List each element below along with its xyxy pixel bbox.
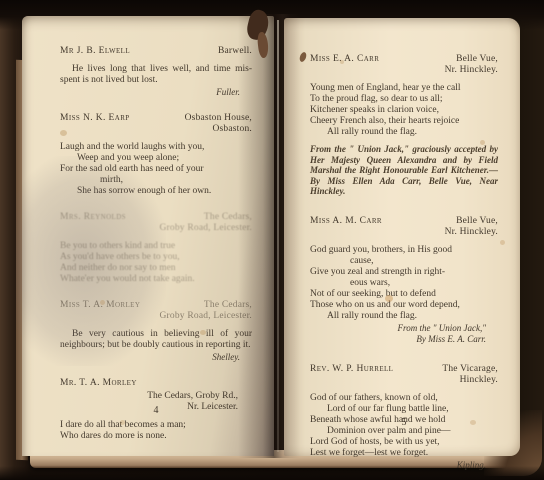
entry-header: Miss N. K. EarpOsbaston House,Osbaston. <box>60 113 252 135</box>
entry-name: Miss T. A. Morley <box>60 300 140 311</box>
verse-line: Lord of our far flung battle line, <box>310 404 498 415</box>
quote-verse: Be you to others kind and trueAs you'd h… <box>60 241 252 285</box>
entry-address: Belle Vue,Nr. Hinckley. <box>445 216 498 238</box>
verse-line: And neither do nor say to men <box>60 263 252 274</box>
verse-line: Laugh and the world laughs with you, <box>60 142 252 153</box>
entry-address: The Cedars,Groby Road, Leicester. <box>159 212 252 234</box>
verse-line: eous wars, <box>310 278 498 289</box>
guestbook-entry: Mr J. B. ElwellBarwell.He lives long tha… <box>60 46 252 98</box>
guestbook-entry: Miss E. A. CarrBelle Vue,Nr. Hinckley.Yo… <box>310 54 498 197</box>
entry-header: Mr. T. A. Morley <box>60 378 252 389</box>
guestbook-entry: Miss T. A. MorleyThe Cedars,Groby Road, … <box>60 300 252 363</box>
photo-bottom-shadow <box>0 466 544 480</box>
left-page: Mr J. B. ElwellBarwell.He lives long tha… <box>22 16 274 456</box>
verse-line: Whate'er you would not take again. <box>60 274 252 285</box>
verse-line: Cheery French also, their hearts rejoice <box>310 116 498 127</box>
entry-name: Miss A. M. Carr <box>310 216 382 227</box>
verse-line: For the sad old earth has need of your <box>60 164 252 175</box>
verse-line: All rally round the flag. <box>310 127 498 138</box>
source-note: From the " Union Jack," graciously accep… <box>310 144 498 197</box>
entry-name: Miss N. K. Earp <box>60 113 130 124</box>
verse-line: She has sorrow enough of her own. <box>60 186 252 197</box>
verse-line: Lord God of hosts, be with us yet, <box>310 437 498 448</box>
entry-address: Belle Vue,Nr. Hinckley. <box>445 54 498 76</box>
verse-line: Who dares do more is none. <box>60 431 252 442</box>
quote-attribution: From the " Union Jack,"By Miss E. A. Car… <box>310 323 498 345</box>
verse-line: mirth, <box>60 175 252 186</box>
entry-address: The Vicarage,Hinckley. <box>442 364 498 386</box>
entry-name: Mrs. Reynolds <box>60 212 126 223</box>
quote-verse: Young men of England, hear ye the callTo… <box>310 83 498 138</box>
verse-line: Lest we forget—lest we forget. <box>310 448 498 459</box>
entry-address: Osbaston House,Osbaston. <box>185 113 252 135</box>
entry-address: Barwell. <box>218 46 252 57</box>
quote-verse: I dare do all that becomes a man;Who dar… <box>60 420 252 442</box>
verse-line: All rally round the flag. <box>310 311 498 322</box>
verse-line: Weep and you weep alone; <box>60 153 252 164</box>
book-photo: Mr J. B. ElwellBarwell.He lives long tha… <box>0 0 544 480</box>
entry-header: Miss T. A. MorleyThe Cedars,Groby Road, … <box>60 300 252 322</box>
guestbook-entry: Miss A. M. CarrBelle Vue,Nr. Hinckley.Go… <box>310 216 498 345</box>
right-page: Miss E. A. CarrBelle Vue,Nr. Hinckley.Yo… <box>284 18 520 456</box>
entry-header: Mrs. ReynoldsThe Cedars,Groby Road, Leic… <box>60 212 252 234</box>
verse-line: Young men of England, hear ye the call <box>310 83 498 94</box>
entry-address: The Cedars,Groby Road, Leicester. <box>159 300 252 322</box>
entry-name: Miss E. A. Carr <box>310 54 379 65</box>
entry-header: Rev. W. P. HurrellThe Vicarage,Hinckley. <box>310 364 498 386</box>
right-page-entries: Miss E. A. CarrBelle Vue,Nr. Hinckley.Yo… <box>310 54 498 471</box>
entry-header: Miss A. M. CarrBelle Vue,Nr. Hinckley. <box>310 216 498 238</box>
left-page-entries: Mr J. B. ElwellBarwell.He lives long tha… <box>60 46 252 442</box>
entry-header: Mr J. B. ElwellBarwell. <box>60 46 252 57</box>
verse-line: Give you zeal and strength in right- <box>310 267 498 278</box>
verse-line: cause, <box>310 256 498 267</box>
entry-name: Mr J. B. Elwell <box>60 46 130 57</box>
quote-text: He lives long that lives well, and time … <box>60 64 252 86</box>
right-page-number: 5 <box>310 417 498 428</box>
entry-name: Mr. T. A. Morley <box>60 378 137 389</box>
verse-line: God guard you, brothers, in His good <box>310 245 498 256</box>
guestbook-entry: Mrs. ReynoldsThe Cedars,Groby Road, Leic… <box>60 212 252 285</box>
quote-attribution: Fuller. <box>60 87 252 98</box>
entry-header: Miss E. A. CarrBelle Vue,Nr. Hinckley. <box>310 54 498 76</box>
quote-attribution: Shelley. <box>60 352 252 363</box>
verse-line: Kitchener speaks in clarion voice, <box>310 105 498 116</box>
quote-verse: Laugh and the world laughs with you,Weep… <box>60 142 252 197</box>
verse-line: God of our fathers, known of old, <box>310 393 498 404</box>
verse-line: To the proud flag, so dear to us all; <box>310 94 498 105</box>
quote-verse: God guard you, brothers, in His goodcaus… <box>310 245 498 322</box>
guestbook-entry: Miss N. K. EarpOsbaston House,Osbaston.L… <box>60 113 252 197</box>
left-page-number: 4 <box>60 405 252 416</box>
verse-line: As you'd have others be to you, <box>60 252 252 263</box>
verse-line: Be you to others kind and true <box>60 241 252 252</box>
verse-line: Not of our seeking, but to defend <box>310 289 498 300</box>
entry-name: Rev. W. P. Hurrell <box>310 364 393 375</box>
verse-line: Those who on us and our word depend, <box>310 300 498 311</box>
verse-line: I dare do all that becomes a man; <box>60 420 252 431</box>
quote-text: Be very cautious in believing ill of you… <box>60 329 252 351</box>
